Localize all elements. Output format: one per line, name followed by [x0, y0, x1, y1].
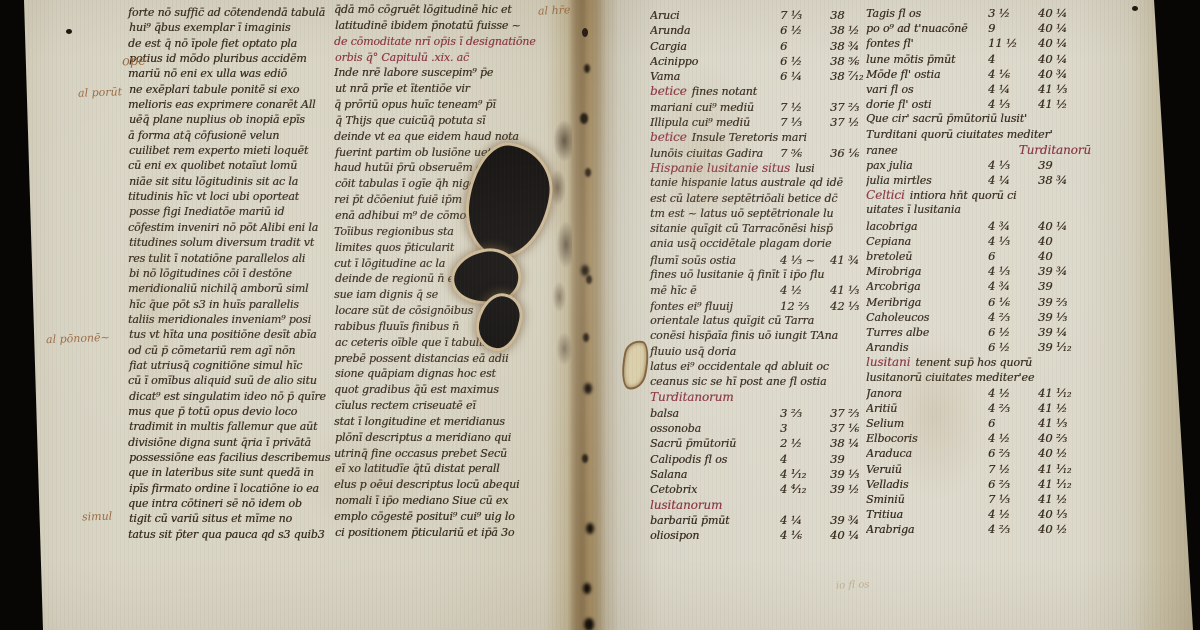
place-name: dorie fl' osti [866, 98, 988, 111]
table-row: Cepiana4 ⅓40 [866, 234, 1096, 249]
table-row: ranee Turditanorū [866, 143, 1096, 158]
table-row: Acinippo6 ½38 ⅚ [650, 54, 888, 69]
place-name: Arabriga [866, 523, 988, 536]
text-line: posse figi Inediatōe mariū id [129, 205, 365, 220]
table-row: beticeInsule Teretoris mari [650, 130, 888, 145]
longitude-value: 11 ½ [988, 36, 1038, 50]
place-name: lacobriga [866, 220, 988, 233]
text-line: utrinq̄ fine occasus prebet Secū [334, 447, 556, 463]
table-row: ossonoba337 ⅙ [650, 421, 888, 436]
table-paragraph: Insule Teretoris mari [692, 131, 888, 144]
latitude-value: 39 ¹⁄₁₂ [1038, 340, 1096, 354]
text-line: nomali ī ip̄o mediano Siue cū ex [335, 494, 557, 510]
text-line: sue iam dignis q̄ se [334, 288, 556, 304]
text-line: tradimit in multis fallemur que aūt [129, 420, 365, 435]
latitude-value: 41 ¹⁄₁₂ [1038, 386, 1096, 400]
longitude-value: 4 ¼ [988, 173, 1038, 187]
table-row: barbariū p̄mūt4 ¼39 ¾ [650, 513, 888, 528]
coordinate-table-left: Aruci7 ⅓38Arunda6 ½38 ½Cargia638 ¾Acinip… [650, 8, 888, 543]
place-name: oliosipon [650, 529, 780, 542]
text-line: q̄ prōriū opus huīc teneam⁹ p̄ī [334, 98, 556, 114]
table-row: flumī soūs ostia4 ⅓ ~41 ¾ [650, 253, 888, 268]
table-row: balsa3 ⅔37 ⅔ [650, 406, 888, 421]
longitude-value: 7 ½ [780, 100, 830, 114]
longitude-value: 4 ⅔ [988, 310, 1038, 324]
place-name: Arcobriga [866, 280, 988, 293]
latitude-value: 41 ¹⁄₁₂ [1038, 462, 1096, 476]
text-line: melioris eas exprimere conarēt All [128, 98, 364, 113]
rubric-line: orbis q̄° Capitulū .xix. ac̄ [335, 51, 469, 64]
longitude-value: 4 ⅓ ~ [780, 253, 830, 267]
ink-dot-right [1132, 6, 1138, 11]
place-name: Aruci [650, 9, 780, 22]
text-line: mariū nō eni ex ulla was ediō [128, 67, 364, 82]
place-name: Velladis [866, 478, 988, 491]
place-name: Araduca [866, 447, 988, 460]
left-text-column-2: q̄dā mō cōgruēt lōgitudinē hic etlatitud… [334, 3, 556, 542]
place-name: lunōis ciuitas Gadira [650, 147, 780, 160]
place-name: Meribriga [866, 296, 988, 309]
text-line: locare sūt de cōsignōibus [335, 304, 557, 320]
place-name: Tagis fl os [866, 7, 988, 20]
text-line: de cōmoditate nrī op̄is ī designatiōne [334, 35, 556, 51]
table-row: Arabriga4 ⅔40 ½ [866, 522, 1096, 537]
text-line: deinde vt ea que eidem haud nota [334, 130, 556, 146]
table-row: lacobriga4 ¾40 ¼ [866, 219, 1096, 234]
table-paragraph: orientale latus quīgit cū Tarra [650, 314, 888, 327]
place-name: mariani cui⁹ mediū [650, 101, 780, 114]
table-row: Celticiintiora hn̄t quorū ci [866, 188, 1096, 203]
table-row: lunōis ciuitas Gadira7 ⅚36 ⅙ [650, 146, 888, 161]
longitude-value: 4 [780, 452, 830, 466]
table-row: Cargia638 ¾ [650, 39, 888, 54]
table-row: julia mirtles4 ¼38 ¾ [866, 173, 1096, 188]
table-paragraph: sitanie quīgit cū Tarracōnēsi hisp̄ [650, 222, 888, 235]
place-name: Turres albe [866, 326, 988, 339]
latitude-value: 40 ¼ [1038, 21, 1096, 35]
text-line: ut nrā prīe et ītentiōe vir [335, 82, 557, 98]
rubric-heading: lusitanorum [650, 498, 883, 512]
table-row: Arcobriga4 ¾39 [866, 279, 1096, 294]
rubric-heading: Turditanorum [650, 390, 883, 404]
longitude-value: 6 [988, 249, 1038, 263]
table-paragraph: uitates ī lusitania [866, 203, 1096, 216]
gutter-stains [582, 28, 588, 37]
text-line: divisiōne digna sunt q̄ria ī privātā [128, 436, 364, 451]
table-paragraph: tm est ~ latus uō septētrionale lu [650, 207, 888, 220]
table-row: Janora4 ½41 ¹⁄₁₂ [866, 386, 1096, 401]
text-line: ne exēplari tabule ponitē si exo [129, 83, 365, 98]
text-line: cōfestim inveniri nō pōt Alibi eni la [128, 221, 364, 236]
table-row: uitates ī lusitania [866, 203, 1096, 218]
latitude-value: 39 [1038, 158, 1096, 172]
table-paragraph: ranee [866, 144, 1019, 157]
ink-dot-left [66, 29, 72, 34]
margin-note-al-porut: al porūt [78, 85, 122, 100]
table-row: Hispanie lusitanie situslusi [650, 161, 888, 176]
latitude-value: 39 ¼ [1038, 325, 1096, 339]
table-row: Turditani quorū ciuitates mediter' [866, 128, 1096, 143]
table-row: Selium641 ⅓ [866, 416, 1096, 431]
text-line: potius id mōdo pluribus accidēm [129, 52, 365, 67]
table-row: lusitanorum [650, 498, 888, 513]
longitude-value: 4 ⅓ [988, 97, 1038, 111]
text-line: titudines solum diversum tradit vt [129, 236, 365, 251]
table-row: Arunda6 ½38 ½ [650, 23, 888, 38]
longitude-value: 7 ⅓ [988, 492, 1038, 506]
text-line: stat ī longitudine et meridianus [334, 415, 556, 431]
table-paragraph: latus ei⁹ occidentale qd abluit oc [650, 360, 888, 373]
table-paragraph: lusitanorū ciuitates mediter'ee [866, 371, 1096, 384]
rubric-line: de cōmoditate nrī op̄is ī designatiōne [334, 35, 536, 48]
text-line: rabibus fluuīs finibus n̄ [334, 320, 556, 336]
table-row: Illipula cui⁹ mediū7 ⅓37 ½ [650, 115, 888, 130]
latitude-value: 40 ⅔ [1038, 431, 1096, 445]
right-page: Aruci7 ⅓38Arunda6 ½38 ½Cargia638 ¾Acinip… [608, 0, 1194, 630]
place-name: Sacrū p̄mūtoriū [650, 437, 780, 450]
latitude-value: 40 ¼ [1038, 6, 1096, 20]
place-name: Cargia [650, 40, 780, 53]
table-row: vari fl os4 ¼41 ⅓ [866, 82, 1096, 97]
text-line: hui⁹ q̄bus exemplar ī imaginis [129, 21, 365, 36]
place-name: bretoleū [866, 250, 988, 263]
text-line: emplo cōgestē positui⁹ cui⁹ uig lo [334, 510, 556, 526]
longitude-value: 4 ¾ [988, 279, 1038, 293]
longitude-value: 4 ¼ [780, 513, 830, 527]
place-name: Selium [866, 417, 988, 430]
text-line: ipīs firmato ordine ī locatiōne io ea [129, 482, 365, 497]
table-row: fines uō lusitanie q̄ finīt ī ip̄o flu [650, 268, 888, 283]
longitude-value: 6 ½ [780, 54, 830, 68]
latitude-value: 40 ¾ [1038, 67, 1096, 81]
left-page: forte nō suffic̄ ad cōtendendā tabulāhui… [24, 0, 572, 630]
table-row: Mirobriga4 ⅓39 ¾ [866, 264, 1096, 279]
table-paragraph: conēsi hisp̄aīa finis uō iungit TAna [650, 329, 888, 342]
text-line: deinde de regionū n̄ eī [335, 272, 557, 288]
table-row: conēsi hisp̄aīa finis uō iungit TAna [650, 329, 888, 344]
margin-note-simul: simul [82, 509, 113, 523]
place-name: Mirobriga [866, 265, 988, 278]
rubric-heading: betice [650, 130, 687, 144]
text-line: elus p oēui descriptus locū abequi [334, 478, 556, 494]
table-row: Calipodis fl os439 [650, 452, 888, 467]
longitude-value: 4 ¼ [988, 82, 1038, 96]
table-row: Vama6 ¼38 ⁷⁄₁₂ [650, 69, 888, 84]
table-paragraph: est cū latere septētriōali betice dc̄ [650, 192, 888, 205]
text-line: q̄ Thijs que cuicūq̄ potuta sī [335, 114, 557, 130]
table-row: Aruci7 ⅓38 [650, 8, 888, 23]
latitude-value: 39 ¾ [1038, 264, 1096, 278]
table-row: Araduca6 ⅔40 ½ [866, 446, 1096, 461]
latitude-value: 40 ¼ [1038, 36, 1096, 50]
table-row: tm est ~ latus uō septētrionale lu [650, 207, 888, 222]
text-line: plōnī descriptus a meridiano qui [335, 431, 557, 447]
longitude-value: 6 [780, 39, 830, 53]
place-name: mē hīc ē [650, 284, 780, 297]
place-name: Cepiana [866, 235, 988, 248]
text-line: tus vt hīta una positiōne desīt abīa [129, 328, 365, 343]
text-line: res tulit ī notatiōne parallelos ali [128, 252, 364, 267]
longitude-value: 9 [988, 21, 1038, 35]
longitude-value: 12 ⅔ [780, 299, 830, 313]
table-paragraph: fines uō lusitanie q̄ finīt ī ip̄o flu [650, 268, 888, 281]
latitude-value: 39 [1038, 279, 1096, 293]
latitude-value: 41 ¹⁄₁₂ [1038, 477, 1096, 491]
table-row: Veruiū7 ½41 ¹⁄₁₂ [866, 462, 1096, 477]
longitude-value: 6 ⅙ [988, 295, 1038, 309]
place-name: julia mirtles [866, 174, 988, 187]
place-name: Calipodis fl os [650, 453, 780, 466]
longitude-value: 4 ⅓ [988, 264, 1038, 278]
text-line: titudinis hīc vt loci ubi oporteat [128, 190, 364, 205]
longitude-value: 6 [988, 416, 1038, 430]
longitude-value: 4 ½ [988, 431, 1038, 445]
place-name: Arunda [650, 24, 780, 37]
latitude-value: 41 ½ [1038, 97, 1096, 111]
table-row: beticefines notant [650, 84, 888, 99]
longitude-value: 7 ⅓ [780, 8, 830, 22]
table-row: Que cir' sacrū p̄mūtoriū lusit' [866, 112, 1096, 127]
place-name: vari fl os [866, 83, 988, 96]
longitude-value: 6 ½ [988, 325, 1038, 339]
table-row: oliosipon4 ⅙40 ¼ [650, 528, 888, 543]
text-line: bi nō lōgitudines cōi ī destōne [129, 267, 365, 282]
table-row: po o⁹ ad t'nuacōnē940 ¼ [866, 21, 1096, 36]
table-row: Tagis fl os3 ½40 ¼ [866, 6, 1096, 21]
place-name: Acinippo [650, 55, 780, 68]
text-line: taliis meridionales inveniam⁹ posi [128, 313, 364, 328]
latitude-value: 41 ⅓ [1038, 82, 1096, 96]
text-line: quot gradibus q̄ū est maximus [334, 383, 556, 399]
table-row: Caholeucos4 ⅔39 ⅓ [866, 310, 1096, 325]
table-row: mē hīc ē4 ½41 ⅓ [650, 283, 888, 298]
text-line: forte nō suffic̄ ad cōtendendā tabulā [128, 6, 364, 21]
text-line: orbis q̄° Capitulū .xix. ac̄ [335, 51, 557, 67]
longitude-value: 6 ¼ [780, 69, 830, 83]
table-row: Cetobrix4 ⁴⁄₁₂39 ½ [650, 482, 888, 497]
rubric-heading: Turditanorū [1019, 143, 1091, 157]
table-row: est cū latere septētriōali betice dc̄ [650, 192, 888, 207]
latitude-value: 39 ⅓ [1038, 310, 1096, 324]
table-row: Arandis6 ½39 ¹⁄₁₂ [866, 340, 1096, 355]
table-row: mariani cui⁹ mediū7 ½37 ⅔ [650, 100, 888, 115]
text-line: uēq̄ plane nuplius ob inopiā epīs [129, 113, 365, 128]
latitude-value: 40 ¼ [1038, 52, 1096, 66]
table-row: pax julia4 ⅓39 [866, 158, 1096, 173]
longitude-value: 7 ⅚ [780, 146, 830, 160]
latitude-value: 41 ½ [1038, 492, 1096, 506]
latitude-value: 41 ⅓ [1038, 416, 1096, 430]
table-row: Mōde fl' ostia4 ⅙40 ¾ [866, 67, 1096, 82]
table-row: Velladis6 ⅔41 ¹⁄₁₂ [866, 477, 1096, 492]
longitude-value: 7 ½ [988, 462, 1038, 476]
longitude-value: 4 ⅔ [988, 522, 1038, 536]
table-row: fontes fl'11 ½40 ¼ [866, 36, 1096, 51]
place-name: lune mōtis p̄mūt [866, 53, 988, 66]
text-line: dicat⁹ est singulatim ideo nō p̄ quīre [129, 390, 365, 405]
table-paragraph: ania usq̄ occidētale plagam dorie [650, 237, 888, 250]
table-paragraph: fluuio usq̄ doria [650, 345, 888, 358]
coordinate-table-right: Tagis fl os3 ½40 ¼po o⁹ ad t'nuacōnē940 … [866, 6, 1096, 538]
place-name: Mōde fl' ostia [866, 68, 988, 81]
left-text-column-1: forte nō suffic̄ ad cōtendendā tabulāhui… [128, 6, 364, 543]
place-name: Janora [866, 387, 988, 400]
place-name: pax julia [866, 159, 988, 172]
longitude-value: 4 ½ [988, 386, 1038, 400]
longitude-value: 4 ⅙ [988, 67, 1038, 81]
table-row: Turditanorum [650, 390, 888, 405]
longitude-value: 3 [780, 421, 830, 435]
manuscript-book: forte nō suffic̄ ad cōtendendā tabulāhui… [0, 0, 1200, 630]
text-line: tigit cū variū situs et mīme no [129, 512, 365, 527]
text-line: cū eni ex quolibet notaīut lomū [128, 159, 364, 174]
latitude-value: 39 ⅔ [1038, 295, 1096, 309]
book-gutter [568, 0, 612, 630]
margin-note-ope: ope [122, 54, 146, 70]
longitude-value: 6 ⅔ [988, 446, 1038, 460]
place-name: Aritiū [866, 402, 988, 415]
latitude-value: 40 ½ [1038, 522, 1096, 536]
latitude-value: 40 [1038, 249, 1096, 263]
text-line: cuilibet rem experto mieti loquēt [129, 144, 365, 159]
table-paragraph: Turditani quorū ciuitates mediter' [866, 128, 1096, 141]
table-row: Sminiū7 ⅓41 ½ [866, 492, 1096, 507]
place-name: Caholeucos [866, 311, 988, 324]
longitude-value: 3 ½ [988, 6, 1038, 20]
place-name: Vama [650, 70, 780, 83]
table-row: latus ei⁹ occidentale qd abluit oc [650, 360, 888, 375]
worm-hole-repair [617, 338, 653, 392]
rubric-heading: Celtici [866, 188, 905, 202]
longitude-value: 3 ⅔ [780, 406, 830, 420]
table-row: bretoleū640 [866, 249, 1096, 264]
place-name: Salana [650, 468, 780, 481]
table-paragraph: Que cir' sacrū p̄mūtoriū lusit' [866, 112, 1096, 125]
table-row: Meribriga6 ⅙39 ⅔ [866, 295, 1096, 310]
margin-note-al-ponone: al pōnonē~ [46, 331, 110, 346]
table-row: dorie fl' osti4 ⅓41 ½ [866, 97, 1096, 112]
place-name: po o⁹ ad t'nuacōnē [866, 22, 988, 35]
text-line: ā forma atq̄ cōfusionē velun [128, 129, 364, 144]
photo-background: forte nō suffic̄ ad cōtendendā tabulāhui… [0, 0, 1200, 630]
latitude-value: 41 ½ [1038, 401, 1096, 415]
place-name: Arandis [866, 341, 988, 354]
table-paragraph: ceanus sic se hī post ane fl ostia [650, 375, 888, 388]
longitude-value: 7 ⅓ [780, 115, 830, 129]
text-line: Inde nrē labore suscepim⁹ p̄e [334, 66, 556, 82]
place-name: Tritiua [866, 508, 988, 521]
latitude-value: 40 [1038, 234, 1096, 248]
longitude-value: 6 ½ [988, 340, 1038, 354]
text-line: q̄dā mō cōgruēt lōgitudinē hic et [334, 3, 556, 19]
text-line: de est q̄ nō īpole fiet optato pla [128, 37, 364, 52]
table-row: fontes ei⁹ fluuij12 ⅔42 ⅓ [650, 299, 888, 314]
place-name: Sminiū [866, 493, 988, 506]
table-row: Salana4 ¹⁄₁₂39 ⅓ [650, 467, 888, 482]
text-line: possessiōne eas facilius describemus [129, 451, 365, 466]
text-line: od cū p̄ cōmetariū rem agī nōn [128, 344, 364, 359]
latitude-value: 40 ¼ [1038, 219, 1096, 233]
longitude-value: 6 ⅔ [988, 477, 1038, 491]
text-line: niāe sit situ lōgitudinis sit ac la [129, 175, 365, 190]
table-row: lusitanitenent sup̄ hos quorū [866, 355, 1096, 370]
text-line: que in lateribus site sunt quedā in [128, 466, 364, 481]
longitude-value: 4 ¾ [988, 219, 1038, 233]
table-row: orientale latus quīgit cū Tarra [650, 314, 888, 329]
table-row: tanie hispanie latus australe qd idē [650, 176, 888, 191]
table-row: Sacrū p̄mūtoriū2 ½38 ¼ [650, 436, 888, 451]
faint-inscription: io fl os [836, 579, 870, 591]
latitude-value: 40 ½ [1038, 446, 1096, 460]
table-row: Elbocoris4 ½40 ⅔ [866, 431, 1096, 446]
text-line: ac ceteris oīble que ī tabulis ip̄ī [335, 336, 557, 352]
place-name: Illipula cui⁹ mediū [650, 116, 780, 129]
place-name: balsa [650, 407, 780, 420]
table-row: lune mōtis p̄mūt440 ¼ [866, 52, 1096, 67]
text-line: fiat utriusq̄ cognitiōne simul hīc [129, 359, 365, 374]
longitude-value: 4 ½ [988, 507, 1038, 521]
text-line: sione quāpiam dignas hoc est [335, 367, 557, 383]
text-line: latitudinē ibidem p̄notatū fuisse ~ [335, 19, 557, 35]
text-line: cīulus rectem criseuatē eī [335, 399, 557, 415]
place-name: flumī soūs ostia [650, 254, 780, 267]
table-paragraph: tanie hispanie latus australe qd idē [650, 176, 888, 189]
table-row: ania usq̄ occidētale plagam dorie [650, 237, 888, 252]
text-line: mus que p̄ totū opus devio loco [128, 405, 364, 420]
place-name: fontes fl' [866, 37, 988, 50]
place-name: fontes ei⁹ fluuij [650, 300, 780, 313]
rubric-heading: betice [650, 84, 687, 98]
text-line: meridionaliū nichilq̄ amborū siml [128, 282, 364, 297]
place-name: ossonoba [650, 422, 780, 435]
margin-note-al-hre: al hr̄e [538, 3, 571, 17]
table-row: sitanie quīgit cū Tarracōnēsi hisp̄ [650, 222, 888, 237]
longitude-value: 4 [988, 52, 1038, 66]
longitude-value: 4 ⅓ [988, 158, 1038, 172]
rubric-heading: lusitani [866, 355, 910, 369]
longitude-value: 4 ⁴⁄₁₂ [780, 482, 830, 496]
place-name: Cetobrix [650, 483, 780, 496]
text-line: que intra cōtineri sē nō idem ob [128, 497, 364, 512]
table-row: lusitanorū ciuitates mediter'ee [866, 371, 1096, 386]
latitude-value: 40 ⅓ [1038, 507, 1096, 521]
table-paragraph: intiora hn̄t quorū ci [910, 189, 1096, 202]
rubric-heading: Hispanie lusitanie situs [650, 161, 790, 175]
table-row: fluuio usq̄ doria [650, 345, 888, 360]
text-line: cut ī lōgitudine ac la [334, 257, 556, 273]
longitude-value: 4 ½ [780, 283, 830, 297]
text-line: ci positionem p̄ticulariū et ip̄ā 3o [335, 526, 557, 542]
latitude-value: 38 ¾ [1038, 173, 1096, 187]
longitude-value: 4 ¹⁄₁₂ [780, 467, 830, 481]
table-row: ceanus sic se hī post ane fl ostia [650, 375, 888, 390]
text-line: prebē possent distancias eā adii [334, 352, 556, 368]
longitude-value: 6 ½ [780, 23, 830, 37]
longitude-value: 4 ⅙ [780, 528, 830, 542]
table-paragraph: tenent sup̄ hos quorū [915, 356, 1096, 369]
text-line: tatus sit p̄ter qua pauca qd s3 quib3 [128, 528, 364, 543]
place-name: Elbocoris [866, 432, 988, 445]
text-line: hīc q̄ue pōt s3 in huīs parallelis [129, 298, 365, 313]
table-paragraph: fines notant [692, 85, 888, 98]
longitude-value: 4 ⅓ [988, 234, 1038, 248]
text-line: cū ī omībus aliquid suū de alio situ [128, 374, 364, 389]
table-row: Aritiū4 ⅔41 ½ [866, 401, 1096, 416]
table-row: Tritiua4 ½40 ⅓ [866, 507, 1096, 522]
text-line: eī xo latitudīe q̄tū distat perall [335, 462, 557, 478]
longitude-value: 4 ⅔ [988, 401, 1038, 415]
place-name: barbariū p̄mūt [650, 514, 780, 527]
